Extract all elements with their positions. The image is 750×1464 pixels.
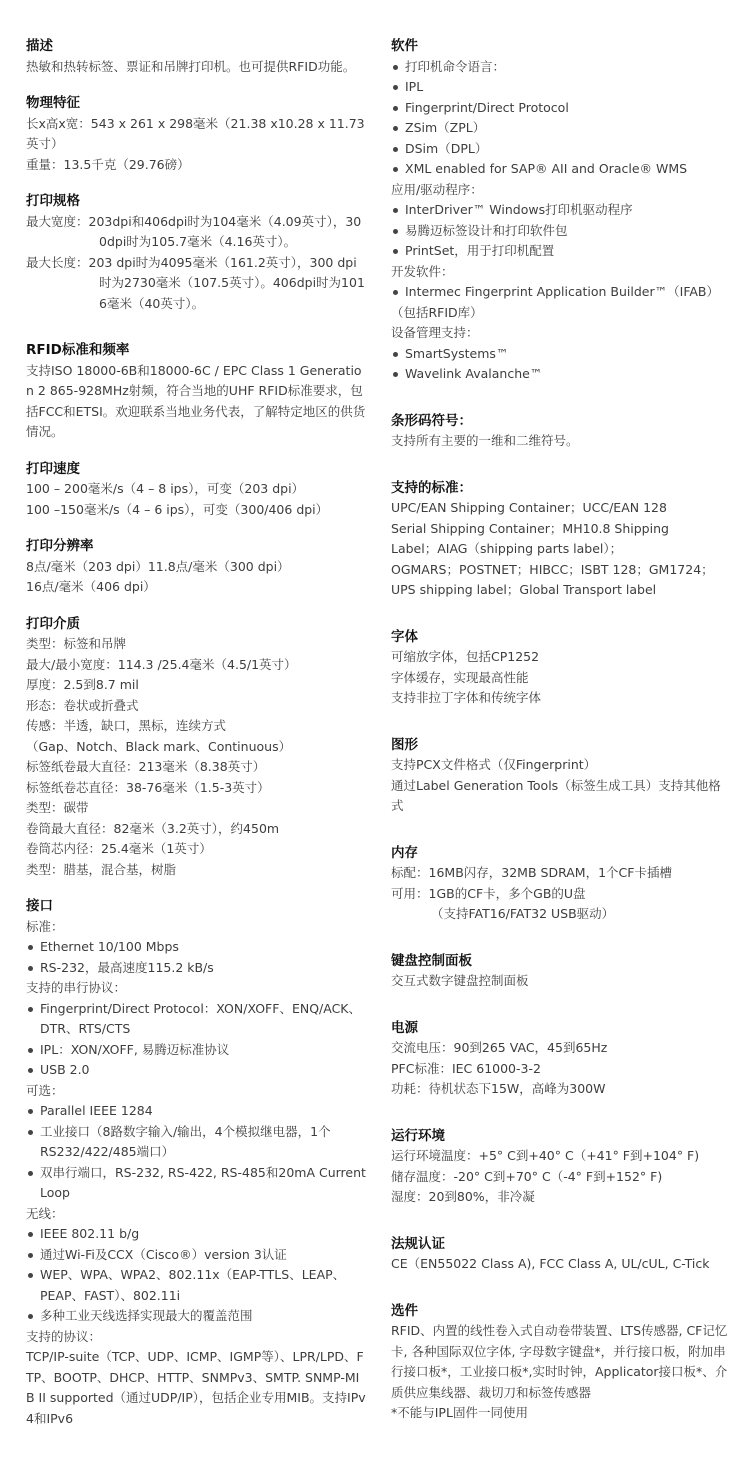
right-column: 软件 打印机命令语言： IPL Fingerprint/Direct Proto… <box>391 36 731 1440</box>
section-title: 内存 <box>391 843 731 864</box>
text-line: 类型：碳带 <box>26 798 366 819</box>
text-line: 储存温度：-20° C到+70° C（-4° F到+152° F) <box>391 1167 731 1188</box>
section-options: 选件 RFID、内置的线性卷入式自动卷带装置、LTS传感器, CF记忆卡, 各种… <box>391 1301 731 1424</box>
section-physical: 物理特征 长x高x宽：543 x 261 x 298毫米（21.38 x10.2… <box>26 93 366 175</box>
section-title: 字体 <box>391 627 731 648</box>
sub-label: 支持的协议： <box>26 1327 366 1348</box>
text-line: 长x高x宽：543 x 261 x 298毫米（21.38 x10.28 x 1… <box>26 114 366 155</box>
section-description: 描述 热敏和热转标签、票证和吊牌打印机。也可提供RFID功能。 <box>26 36 366 77</box>
section-memory: 内存 标配：16MB闪存，32MB SDRAM，1个CF卡插槽 可用：1GB的C… <box>391 843 731 925</box>
text-line: 支持ISO 18000-6B和18000-6C / EPC Class 1 Ge… <box>26 361 366 443</box>
section-barcode: 条形码符号： 支持所有主要的一维和二维符号。 <box>391 411 731 452</box>
sub-label: 标准： <box>26 917 366 938</box>
section-title: 打印分辨率 <box>26 536 366 557</box>
list-item: Ethernet 10/100 Mbps <box>26 937 366 958</box>
section-power: 电源 交流电压：90到265 VAC，45到65Hz PFC标准：IEC 610… <box>391 1018 731 1100</box>
list-item: Parallel IEEE 1284 <box>26 1101 366 1122</box>
section-title: 打印介质 <box>26 614 366 635</box>
list-item: Wavelink Avalanche™ <box>391 364 731 385</box>
text-line: CE（EN55022 Class A), FCC Class A, UL/cUL… <box>391 1254 731 1275</box>
list-item: ZSim（ZPL） <box>391 118 731 139</box>
list-item: 多种工业天线选择实现最大的覆盖范围 <box>26 1306 366 1327</box>
text-line: 类型：腊基，混合基，树脂 <box>26 860 366 881</box>
section-title: 接口 <box>26 896 366 917</box>
text-line: 热敏和热转标签、票证和吊牌打印机。也可提供RFID功能。 <box>26 57 366 78</box>
text-line: UPS shipping label；Global Transport labe… <box>391 580 731 601</box>
list-item: XML enabled for SAP® AII and Oracle® WMS <box>391 159 731 180</box>
section-keypad: 键盘控制面板 交互式数字键盘控制面板 <box>391 951 731 992</box>
section-title: 键盘控制面板 <box>391 951 731 972</box>
text-line: 可缩放字体，包括CP1252 <box>391 647 731 668</box>
section-interface: 接口 标准： Ethernet 10/100 Mbps RS-232，最高速度1… <box>26 896 366 1429</box>
section-standards: 支持的标准： UPC/EAN Shipping Container；UCC/EA… <box>391 478 731 601</box>
section-rfid: RFID标准和频率 支持ISO 18000-6B和18000-6C / EPC … <box>26 340 366 443</box>
section-title: 电源 <box>391 1018 731 1039</box>
section-title: 选件 <box>391 1301 731 1322</box>
text-line: 湿度：20到80%，非冷凝 <box>391 1187 731 1208</box>
text-line: UPC/EAN Shipping Container；UCC/EAN 128 <box>391 498 731 519</box>
list-item: 工业接口（8路数字输入/输出，4个模拟继电器，1个RS232/422/485端口… <box>26 1122 366 1163</box>
text-line: 传感：半透，缺口，黑标，连续方式 <box>26 716 366 737</box>
text-line: 标配：16MB闪存，32MB SDRAM，1个CF卡插槽 <box>391 863 731 884</box>
section-title: 软件 <box>391 36 731 57</box>
section-environment: 运行环境 运行环境温度：+5° C到+40° C（+41° F到+104° F)… <box>391 1126 731 1208</box>
text-line: （包括RFID库） <box>391 303 731 324</box>
text-line: 标签纸卷芯直径：38-76毫米（1.5-3英寸） <box>26 778 366 799</box>
section-title: 条形码符号： <box>391 411 731 432</box>
section-speed: 打印速度 100 – 200毫米/s（4 – 8 ips），可变（203 dpi… <box>26 459 366 521</box>
text-line: 支持PCX文件格式（仅Fingerprint） <box>391 755 731 776</box>
section-resolution: 打印分辨率 8点/毫米（203 dpi）11.8点/毫米（300 dpi） 16… <box>26 536 366 598</box>
sub-label: 可选： <box>26 1081 366 1102</box>
list-item: IPL <box>391 77 731 98</box>
text-line: RFID、内置的线性卷入式自动卷带装置、LTS传感器, CF记忆卡, 各种国际双… <box>391 1321 731 1403</box>
section-title: 支持的标准： <box>391 478 731 499</box>
text-line: 8点/毫米（203 dpi）11.8点/毫米（300 dpi） <box>26 557 366 578</box>
sub-label: 设备管理支持： <box>391 323 731 344</box>
section-title: 打印规格 <box>26 191 366 212</box>
list-item: PrintSet，用于打印机配置 <box>391 241 731 262</box>
section-title: 描述 <box>26 36 366 57</box>
left-column: 描述 热敏和热转标签、票证和吊牌打印机。也可提供RFID功能。 物理特征 长x高… <box>26 36 366 1445</box>
section-title: RFID标准和频率 <box>26 340 366 361</box>
text-line: 功耗：待机状态下15W，高峰为300W <box>391 1079 731 1100</box>
section-graphics: 图形 支持PCX文件格式（仅Fingerprint） 通过Label Gener… <box>391 735 731 817</box>
list-item: 打印机命令语言： <box>391 57 731 78</box>
sub-label: 开发软件： <box>391 262 731 283</box>
text-line: TCP/IP-suite（TCP、UDP、ICMP、IGMP等）、LPR/LPD… <box>26 1347 366 1429</box>
text-line: OGMARS；POSTNET；HIBCC；ISBT 128；GM1724； <box>391 560 731 581</box>
list-item: SmartSystems™ <box>391 344 731 365</box>
text-line: 支持非拉丁字体和传统字体 <box>391 688 731 709</box>
text-line: 卷筒芯内径：25.4毫米（1英寸） <box>26 839 366 860</box>
section-media: 打印介质 类型：标签和吊牌 最大/最小宽度：114.3 /25.4毫米（4.5/… <box>26 614 366 881</box>
text-line: 形态：卷状或折叠式 <box>26 696 366 717</box>
list-item: IPL：XON/XOFF, 易腾迈标准协议 <box>26 1040 366 1061</box>
list-item: 易腾迈标签设计和打印软件包 <box>391 221 731 242</box>
list-item: 双串行端口，RS-232, RS-422, RS-485和20mA Curren… <box>26 1163 366 1204</box>
sub-label: 应用/驱动程序： <box>391 180 731 201</box>
text-line: （Gap、Notch、Black mark、Continuous） <box>26 737 366 758</box>
text-line: 交互式数字键盘控制面板 <box>391 971 731 992</box>
text-line: 卷筒最大直径：82毫米（3.2英寸），约450m <box>26 819 366 840</box>
text-line: 交流电压：90到265 VAC，45到65Hz <box>391 1038 731 1059</box>
text-line: 类型：标签和吊牌 <box>26 634 366 655</box>
text-line: 最大宽度：203dpi和406dpi时为104毫米（4.09英寸），300dpi… <box>26 212 366 253</box>
text-line: Serial Shipping Container；MH10.8 Shippin… <box>391 519 731 540</box>
text-line: 最大长度：203 dpi时为4095毫米（161.2英寸），300 dpi时为2… <box>26 253 366 315</box>
section-title: 物理特征 <box>26 93 366 114</box>
section-fonts: 字体 可缩放字体，包括CP1252 字体缓存，实现最高性能 支持非拉丁字体和传统… <box>391 627 731 709</box>
text-line: 最大/最小宽度：114.3 /25.4毫米（4.5/1英寸） <box>26 655 366 676</box>
text-line: 通过Label Generation Tools（标签生成工具）支持其他格式 <box>391 776 731 817</box>
sub-label: 无线： <box>26 1204 366 1225</box>
list-item: DSim（DPL） <box>391 139 731 160</box>
list-item: USB 2.0 <box>26 1060 366 1081</box>
list-item: Fingerprint/Direct Protocol：XON/XOFF、ENQ… <box>26 999 366 1040</box>
list-item: Intermec Fingerprint Application Builder… <box>391 282 731 303</box>
footnote: *不能与IPL固件一同使用 <box>391 1403 731 1424</box>
text-line: PFC标准：IEC 61000-3-2 <box>391 1059 731 1080</box>
section-software: 软件 打印机命令语言： IPL Fingerprint/Direct Proto… <box>391 36 731 385</box>
section-title: 图形 <box>391 735 731 756</box>
text-line: 100 –150毫米/s（4 – 6 ips），可变（300/406 dpi） <box>26 500 366 521</box>
section-title: 法规认证 <box>391 1234 731 1255</box>
text-line: 支持所有主要的一维和二维符号。 <box>391 431 731 452</box>
section-title: 打印速度 <box>26 459 366 480</box>
list-item: RS-232，最高速度115.2 kB/s <box>26 958 366 979</box>
section-print-spec: 打印规格 最大宽度：203dpi和406dpi时为104毫米（4.09英寸），3… <box>26 191 366 314</box>
text-line: 16点/毫米（406 dpi） <box>26 577 366 598</box>
section-certification: 法规认证 CE（EN55022 Class A), FCC Class A, U… <box>391 1234 731 1275</box>
text-line: 字体缓存，实现最高性能 <box>391 668 731 689</box>
text-line: 重量：13.5千克（29.76磅） <box>26 155 366 176</box>
sub-label: 支持的串行协议： <box>26 978 366 999</box>
list-item: Fingerprint/Direct Protocol <box>391 98 731 119</box>
text-line: 100 – 200毫米/s（4 – 8 ips），可变（203 dpi） <box>26 479 366 500</box>
text-line: 厚度：2.5到8.7 mil <box>26 675 366 696</box>
text-line: 可用：1GB的CF卡，多个GB的U盘 <box>391 884 731 905</box>
text-line: 运行环境温度：+5° C到+40° C（+41° F到+104° F) <box>391 1146 731 1167</box>
list-item: 通过Wi-Fi及CCX（Cisco®）version 3认证 <box>26 1245 366 1266</box>
list-item: InterDriver™ Windows打印机驱动程序 <box>391 200 731 221</box>
text-line: （支持FAT16/FAT32 USB驱动） <box>391 904 731 925</box>
text-line: 标签纸卷最大直径：213毫米（8.38英寸） <box>26 757 366 778</box>
list-item: IEEE 802.11 b/g <box>26 1224 366 1245</box>
list-item: WEP、WPA、WPA2、802.11x（EAP-TTLS、LEAP、PEAP、… <box>26 1265 366 1306</box>
section-title: 运行环境 <box>391 1126 731 1147</box>
text-line: Label；AIAG（shipping parts label）； <box>391 539 731 560</box>
